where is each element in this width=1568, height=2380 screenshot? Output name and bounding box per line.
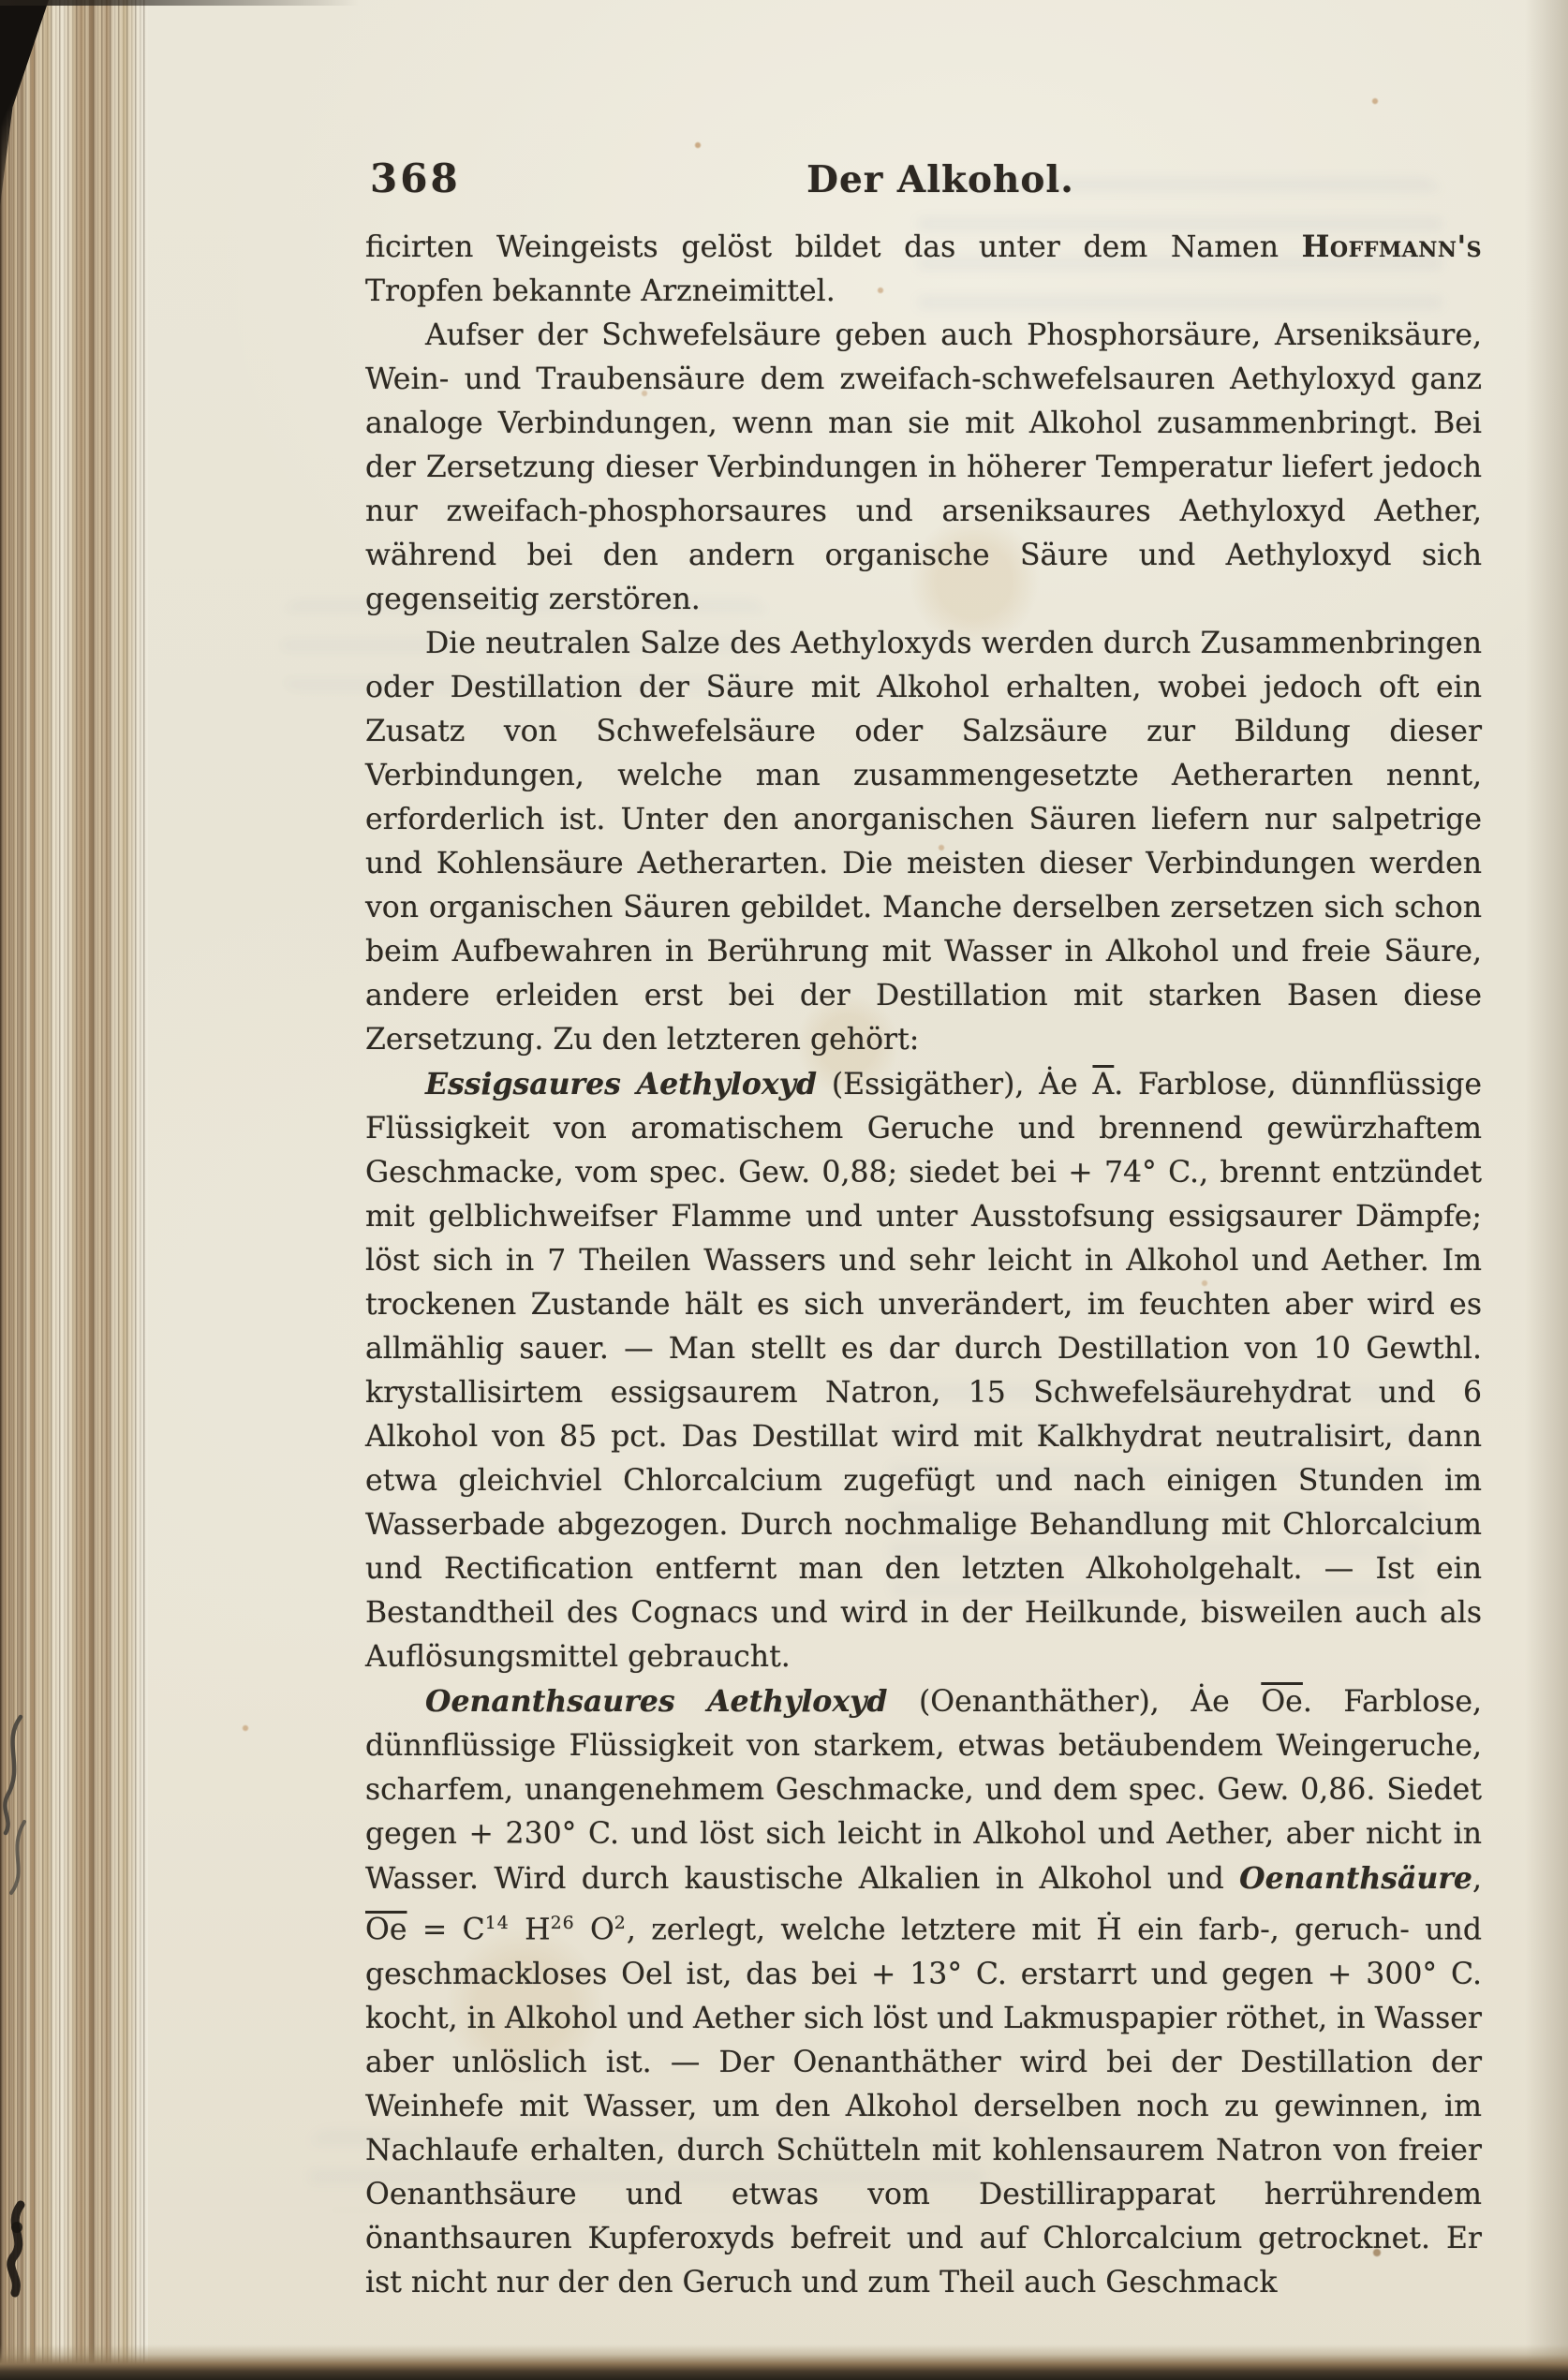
page-right-shadow — [1525, 0, 1568, 2380]
text-segment: = C — [407, 1914, 484, 1947]
text-segment: (Essigäther), Ȧe — [817, 1068, 1092, 1101]
text-segment: Tropfen bekannte Arzneimittel. — [365, 274, 836, 308]
page-top-shadow — [0, 0, 599, 6]
book-page-scan: 368 Der Alkohol. ficirten Weingeists gel… — [0, 0, 1568, 2380]
text-segment: Oenanthsäure — [1239, 1861, 1472, 1896]
paragraph: Die neutralen Salze des Aethyloxyds werd… — [365, 622, 1482, 1062]
body-text: ficirten Weingeists gelöst bildet das un… — [365, 225, 1482, 2305]
text-segment: Oenanthsaures Aethyloxyd — [425, 1684, 887, 1719]
page-header: 368 Der Alkohol. — [365, 155, 1482, 206]
page-bottom-edge — [0, 2344, 1568, 2380]
text-segment: . Farblose, dünnflüssige Flüssigkeit von… — [365, 1068, 1482, 1674]
text-segment: Oe — [1261, 1685, 1302, 1719]
text-segment: 2 — [614, 1913, 627, 1933]
text-segment: Hoffmann's — [1302, 229, 1482, 264]
text-segment: O — [575, 1914, 614, 1947]
text-segment: Aufser der Schwefelsäure geben auch Phos… — [365, 318, 1482, 616]
paragraph: Oenanthsaures Aethyloxyd (Oenanthäther),… — [365, 1679, 1482, 2305]
text-segment: , zerlegt, welche letztere mit Ḣ ein far… — [365, 1914, 1482, 2299]
text-segment: Die neutralen Salze des Aethyloxyds werd… — [365, 627, 1482, 1057]
running-title: Der Alkohol. — [382, 158, 1499, 201]
text-segment: 26 — [551, 1913, 575, 1933]
pencil-squiggle-marks — [0, 1709, 58, 1897]
text-segment: (Oenanthäther), Ȧe — [887, 1685, 1261, 1719]
text-segment: , — [1472, 1862, 1482, 1896]
text-segment: 14 — [485, 1913, 510, 1933]
text-segment: Oe — [365, 1914, 407, 1947]
text-segment: Essigsaures Aethyloxyd — [425, 1067, 817, 1101]
book-gutter-page-edges — [0, 0, 148, 2380]
paragraph: Aufser der Schwefelsäure geben auch Phos… — [365, 314, 1482, 622]
paragraph: Essigsaures Aethyloxyd (Essigäther), Ȧe … — [365, 1062, 1482, 1679]
text-segment: A — [1092, 1068, 1114, 1101]
ink-mark — [0, 2199, 49, 2302]
text-segment: ficirten Weingeists gelöst bildet das un… — [365, 230, 1302, 264]
paragraph: ficirten Weingeists gelöst bildet das un… — [365, 225, 1482, 314]
text-segment: H — [510, 1914, 551, 1947]
